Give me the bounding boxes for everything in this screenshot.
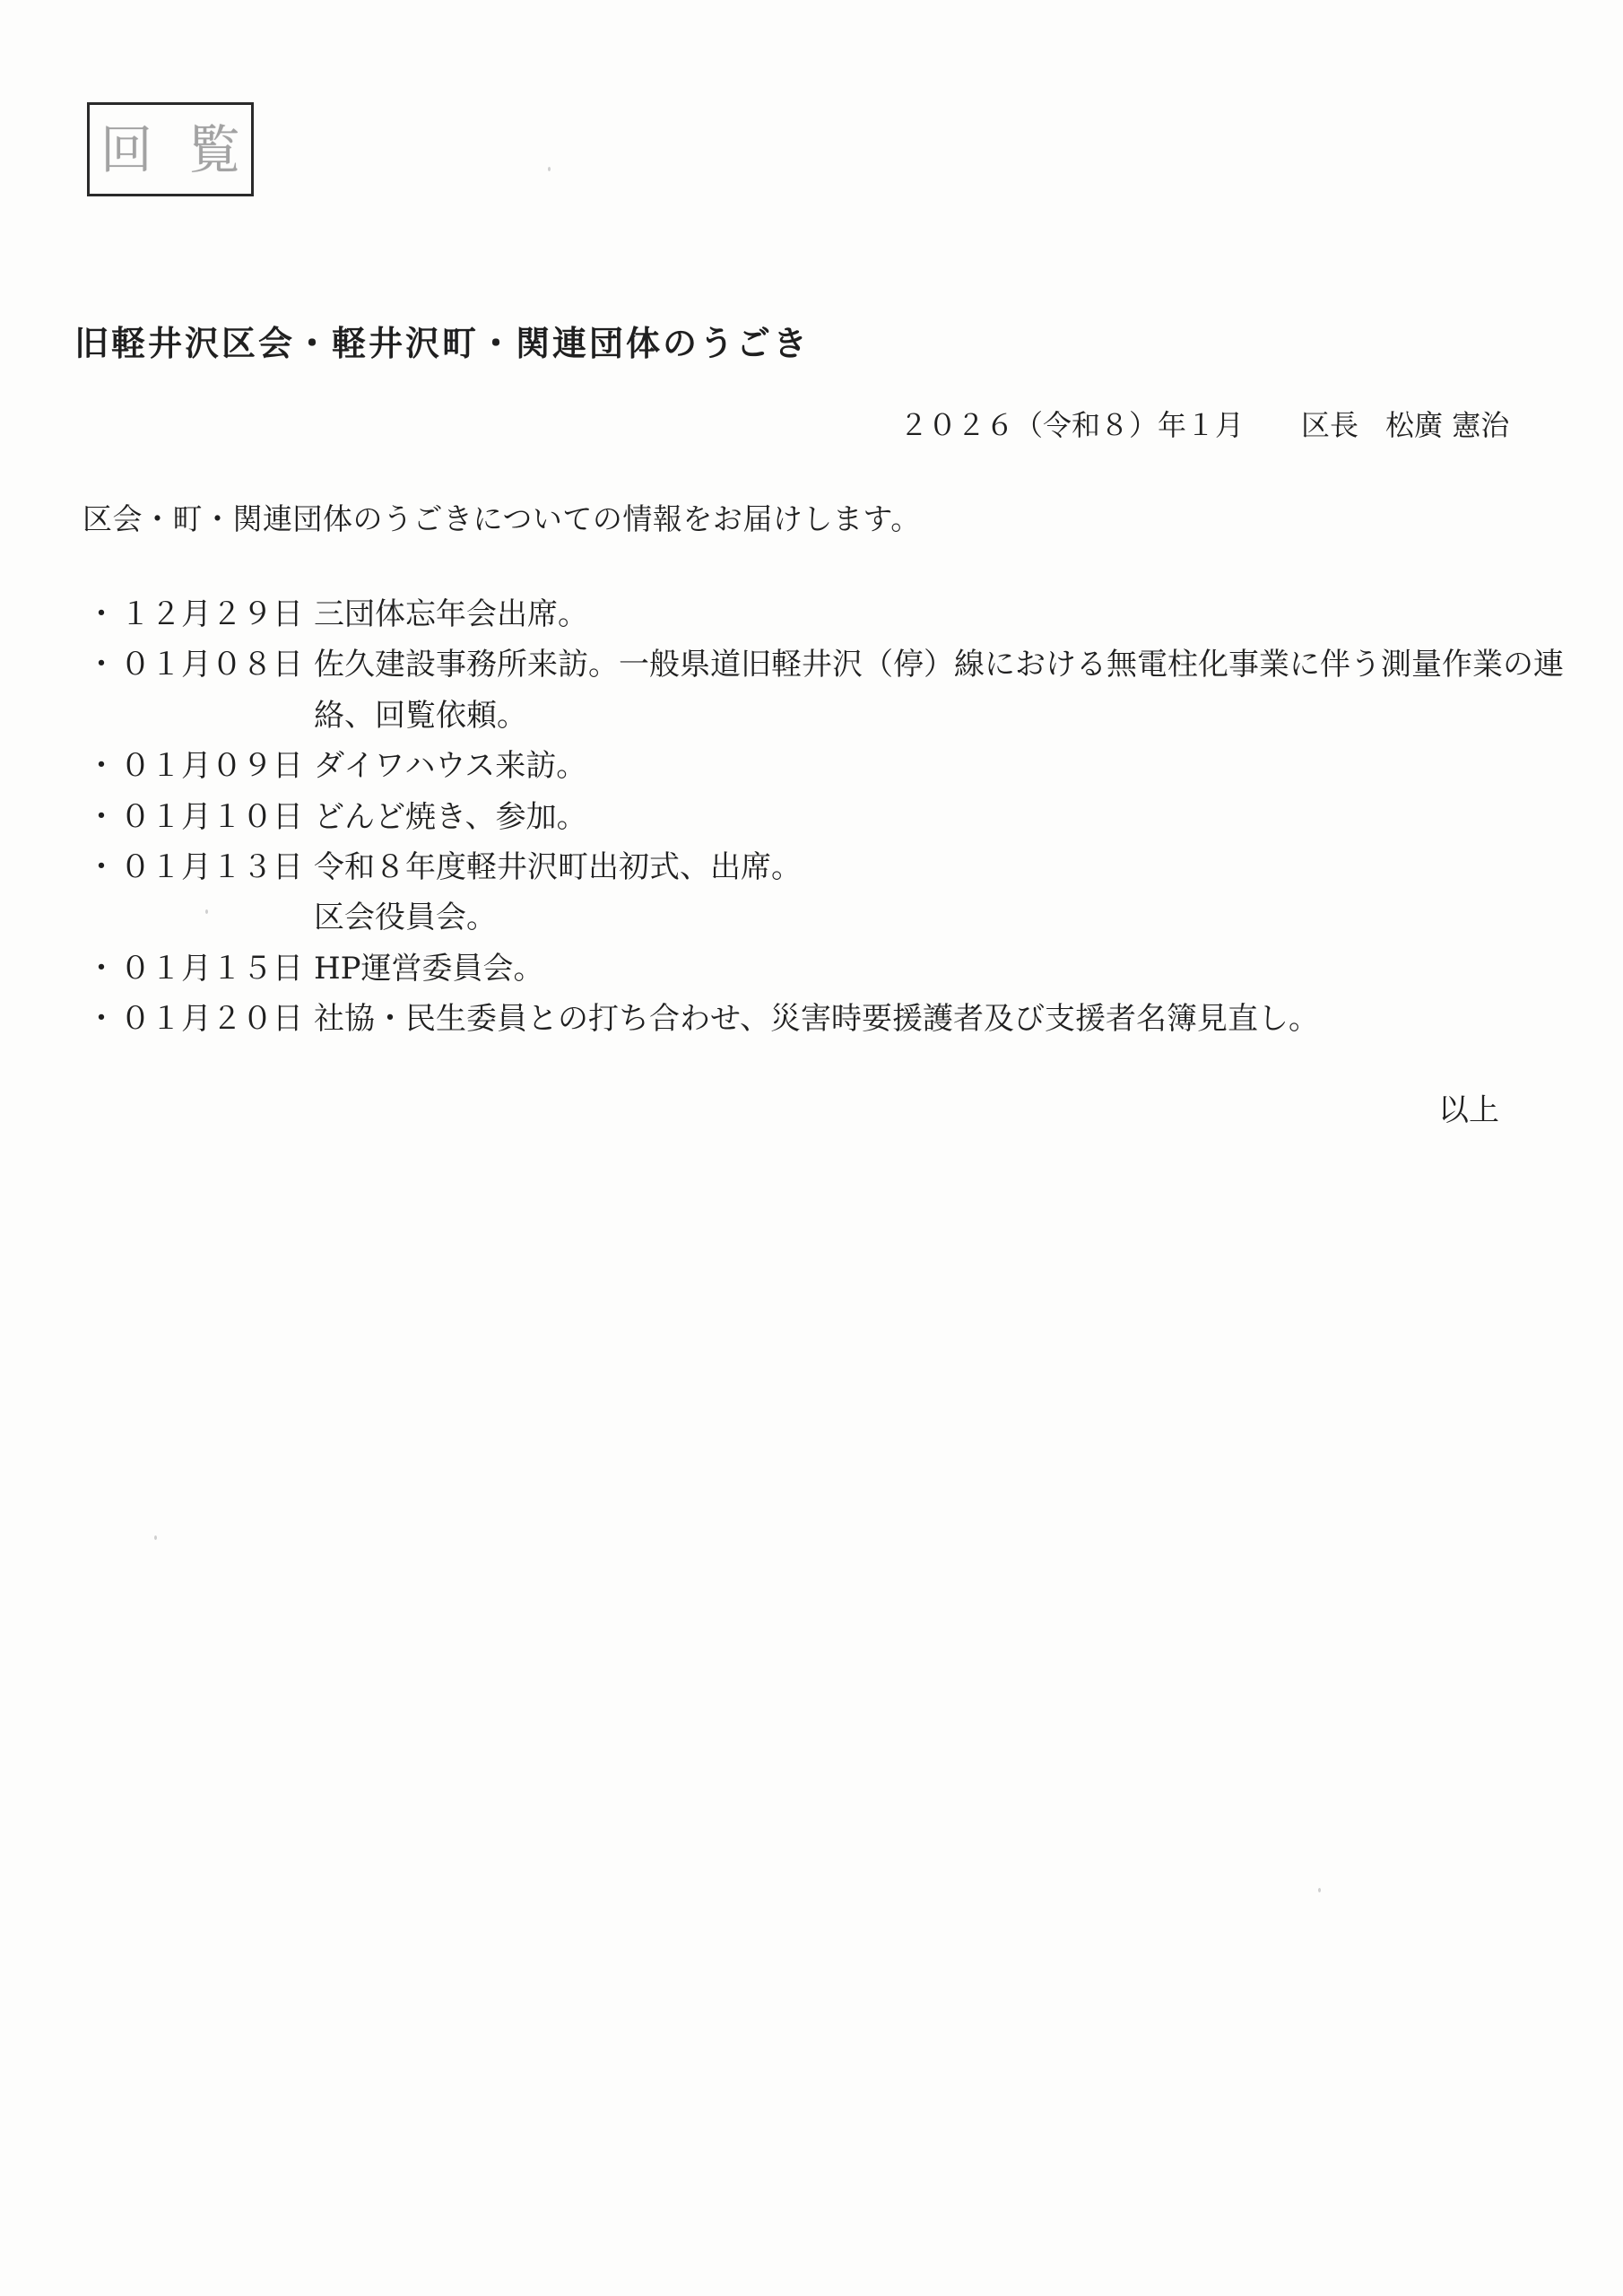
closing-ijou: 以上 bbox=[1438, 1085, 1499, 1129]
event-bullet-empty bbox=[86, 892, 120, 943]
event-text: HP運営委員会。 bbox=[314, 944, 1575, 994]
event-date: ０１月２０日 bbox=[120, 994, 314, 1044]
event-text: 絡、回覧依頼。 bbox=[314, 691, 1575, 741]
event-row: ・ １２月２９日 三団体忘年会出席。 bbox=[86, 589, 1575, 639]
event-row: ・ ０１月０９日 ダイワハウス来訪。 bbox=[86, 741, 1575, 791]
issue-date: ２０２６（令和８）年１月 bbox=[899, 403, 1244, 444]
stamp-char-kai: 回 bbox=[100, 124, 152, 176]
document-title: 旧軽井沢区会・軽井沢町・関連団体のうごき bbox=[74, 316, 810, 365]
event-date: ０１月１５日 bbox=[120, 944, 314, 994]
event-row: ・ ０１月１３日 令和８年度軽井沢町出初式、出席。 bbox=[86, 842, 1575, 892]
event-row: ・ ０１月２０日 社協・民生委員との打ち合わせ、災害時要援護者及び支援者名簿見直… bbox=[86, 994, 1575, 1044]
event-text: 三団体忘年会出席。 bbox=[314, 589, 1575, 639]
event-bullet: ・ bbox=[86, 792, 120, 842]
officer-role: 区長 bbox=[1301, 403, 1358, 444]
event-bullet: ・ bbox=[86, 842, 120, 892]
scanned-document-page: 回 覧 旧軽井沢区会・軽井沢町・関連団体のうごき ２０２６（令和８）年１月 区長… bbox=[0, 0, 1623, 2296]
event-bullet-empty bbox=[86, 691, 120, 741]
event-text: 佐久建設事務所来訪。一般県道旧軽井沢（停）線における無電柱化事業に伴う測量作業の… bbox=[314, 639, 1575, 690]
event-bullet: ・ bbox=[86, 589, 120, 639]
events-list: ・ １２月２９日 三団体忘年会出席。 ・ ０１月０８日 佐久建設事務所来訪。一般… bbox=[86, 589, 1575, 1045]
circulation-stamp-box: 回 覧 bbox=[87, 102, 254, 196]
event-bullet: ・ bbox=[86, 741, 120, 791]
event-row-continuation: 絡、回覧依頼。 bbox=[86, 691, 1575, 741]
event-bullet: ・ bbox=[86, 639, 120, 690]
event-date-empty bbox=[120, 691, 314, 741]
event-text: 令和８年度軽井沢町出初式、出席。 bbox=[314, 842, 1575, 892]
date-author-line: ２０２６（令和８）年１月 区長 松廣 憲治 bbox=[899, 403, 1509, 444]
event-text: ダイワハウス来訪。 bbox=[314, 741, 1575, 791]
event-row: ・ ０１月０８日 佐久建設事務所来訪。一般県道旧軽井沢（停）線における無電柱化事… bbox=[86, 639, 1575, 690]
stamp-char-ran: 覧 bbox=[188, 124, 240, 176]
event-date: ０１月０９日 bbox=[120, 741, 314, 791]
scan-speck bbox=[205, 909, 208, 914]
event-bullet: ・ bbox=[86, 994, 120, 1044]
scan-speck bbox=[154, 1535, 157, 1540]
event-bullet: ・ bbox=[86, 944, 120, 994]
event-row: ・ ０１月１０日 どんど焼き、参加。 bbox=[86, 792, 1575, 842]
event-date: １２月２９日 bbox=[120, 589, 314, 639]
event-date-empty bbox=[120, 892, 314, 943]
event-date: ０１月１０日 bbox=[120, 792, 314, 842]
event-row: ・ ０１月１５日 HP運営委員会。 bbox=[86, 944, 1575, 994]
event-text: 区会役員会。 bbox=[314, 892, 1575, 943]
scan-speck bbox=[1318, 1888, 1321, 1892]
scan-speck bbox=[548, 167, 551, 171]
event-text: 社協・民生委員との打ち合わせ、災害時要援護者及び支援者名簿見直し。 bbox=[314, 994, 1575, 1044]
event-row-continuation: 区会役員会。 bbox=[86, 892, 1575, 943]
event-text: どんど焼き、参加。 bbox=[314, 792, 1575, 842]
event-date: ０１月０８日 bbox=[120, 639, 314, 690]
intro-sentence: 区会・町・関連団体のうごきについての情報をお届けします。 bbox=[82, 496, 921, 538]
officer-name: 松廣 憲治 bbox=[1385, 403, 1509, 444]
event-date: ０１月１３日 bbox=[120, 842, 314, 892]
